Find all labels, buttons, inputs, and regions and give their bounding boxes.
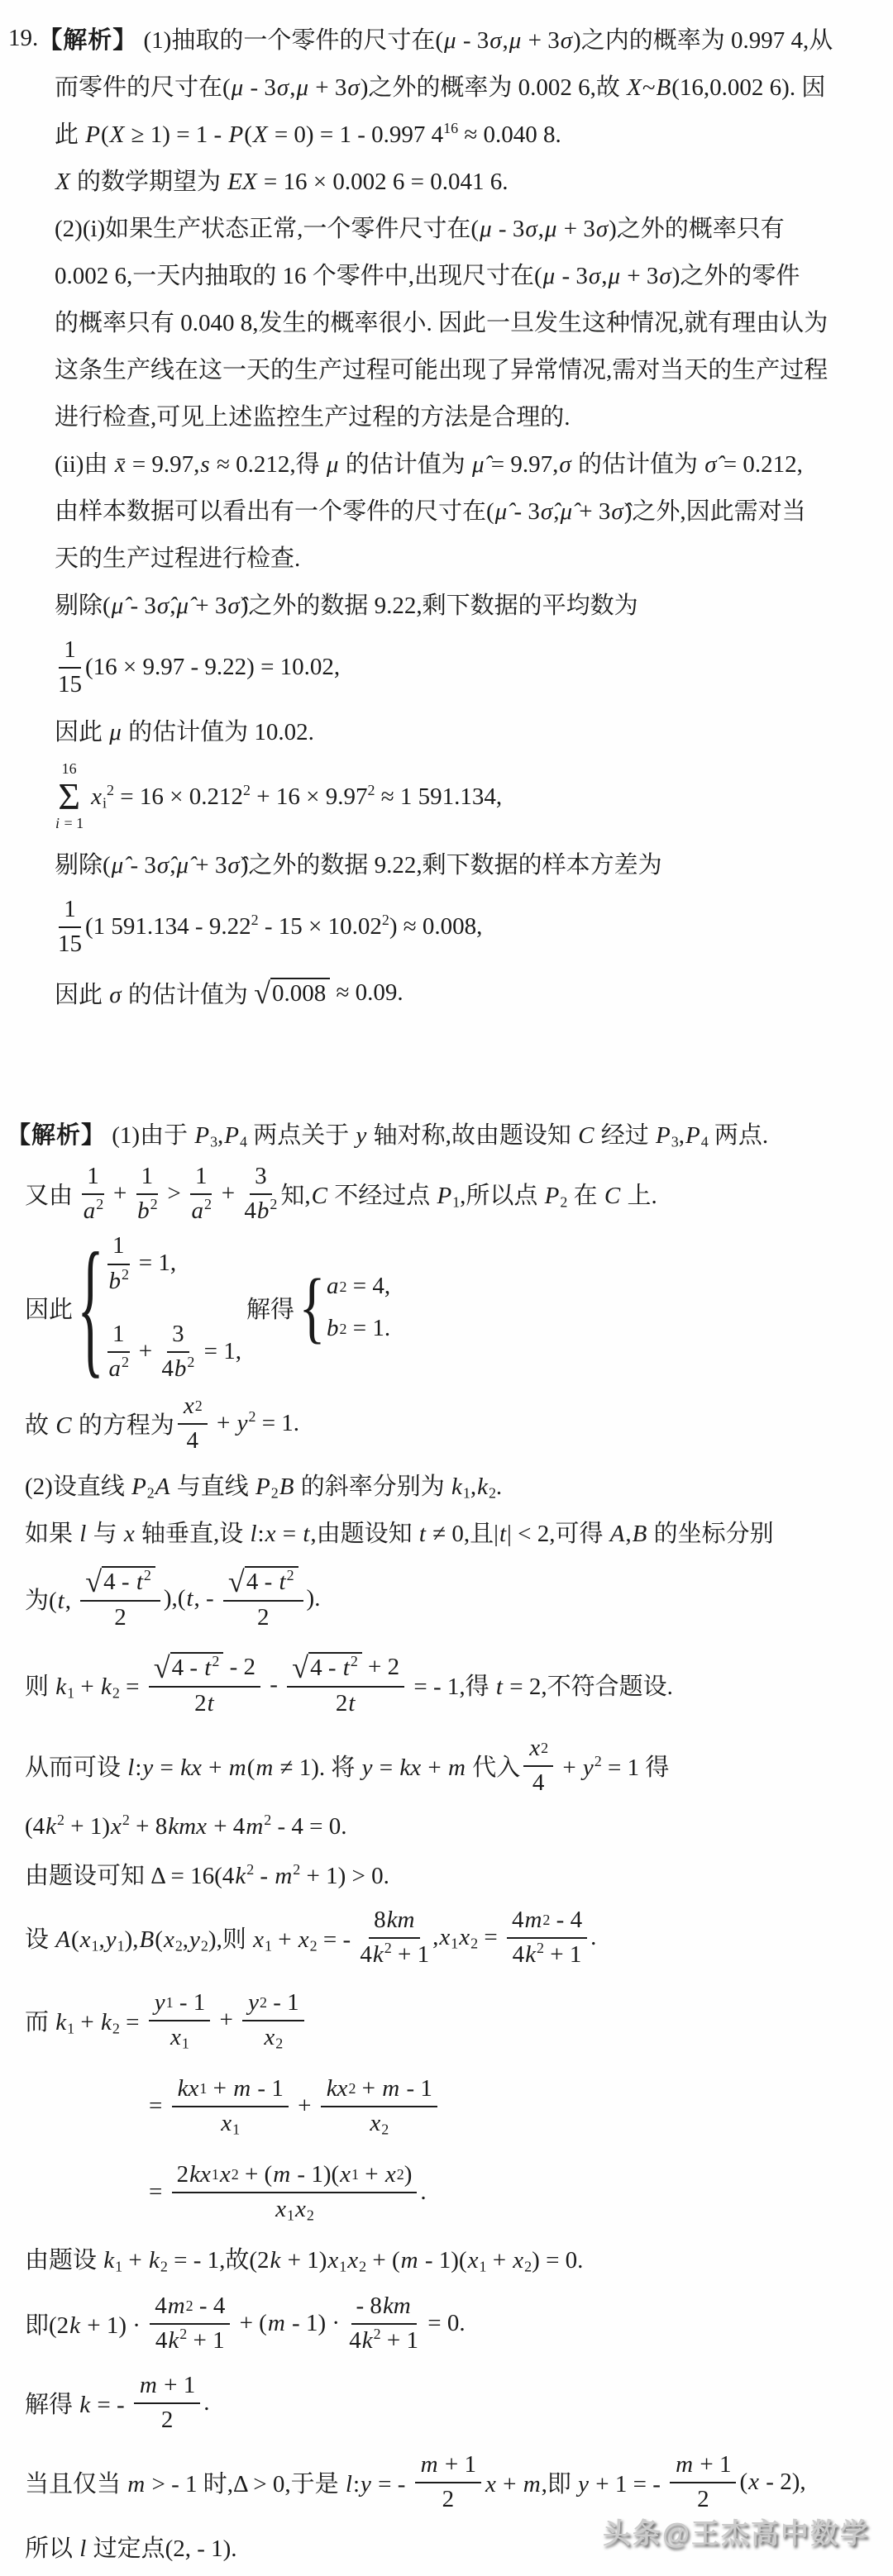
text-run: 解得 k = - [25, 2386, 131, 2420]
fraction: y2 - 1x2 [242, 1988, 304, 2052]
denominator: b2 [136, 1195, 157, 1225]
text-run: 因此 [25, 1291, 73, 1325]
solution-20-block: 【解析】 (1)由于 P3,P4 两点关于 y 轴对称,故由题设知 C 经过 P… [7, 1110, 888, 2570]
p19-line16: 16Σi = 1xi2 = 16 × 0.2122 + 16 × 9.972 ≈… [7, 754, 888, 840]
fraction: 8km4k2 + 1 [360, 1906, 429, 1969]
denominator: a2 [108, 1353, 129, 1383]
fraction: √4 - t22 [80, 1565, 160, 1631]
text-run: + [292, 2093, 318, 2120]
fraction: m + 12 [415, 2450, 481, 2514]
denominator: x2 [369, 2107, 389, 2137]
denominator: x1x2 [275, 2193, 314, 2223]
numerator: y2 - 1 [242, 1988, 304, 2021]
text-run: . [590, 1924, 596, 1951]
text-run: + [215, 1180, 241, 1207]
fraction: 2kx1x2 + (m - 1)(x1 + x2)x1x2 [172, 2160, 418, 2224]
denominator: 2 [697, 2483, 709, 2513]
radical-sign: √ [154, 1653, 170, 1683]
text-run: 的概率只有 0.040 8,发生的概率很小. 因此一旦发生这种情况,就有理由认为 [55, 304, 828, 338]
denominator: 4k2 + 1 [349, 2325, 418, 2355]
p19-line1: 19.【解析】 (1)抽取的一个零件的尺寸在(μ - 3σ,μ + 3σ)之内的… [7, 15, 888, 62]
numerator: 1 [59, 636, 81, 669]
p20-line18: 解得 k = - m + 12. [7, 2364, 888, 2440]
text-run: x + m,即 y + 1 = - [485, 2465, 666, 2499]
text-run: + [107, 1180, 133, 1207]
fraction: kx2 + m - 1x2 [321, 2074, 437, 2138]
p20-line9: 从而可设 l:y = kx + m(m ≠ 1). 将 y = kx + m 代… [7, 1727, 888, 1803]
text-run: 解得 [246, 1291, 294, 1325]
denominator: b2 [108, 1265, 129, 1295]
radical: √4 - t2 [154, 1652, 224, 1682]
cases-rows: a2 = 4,b2 = 1. [326, 1273, 390, 1342]
denominator: 2 [161, 2404, 174, 2434]
text-run: = - 1,得 t = 2,不符合题设. [408, 1668, 673, 1702]
numerator: 1 [107, 1231, 130, 1264]
p20-line15: = 2kx1x2 + (m - 1)(x1 + x2)x1x2. [7, 2149, 888, 2235]
radical-body: 0.008 [270, 978, 330, 1007]
numerator: 3 [250, 1162, 272, 1195]
text-run: (16 × 9.97 - 9.22) = 10.02, [85, 654, 340, 681]
p20-line5: (2)设直线 P2A 与直线 P2B 的斜率分别为 k1,k2. [7, 1461, 888, 1508]
problem-number: 19. [8, 25, 38, 52]
radical: √4 - t2 [292, 1652, 362, 1682]
analysis-label: 【解析】 [38, 21, 137, 55]
text-run: 知,C 不经过点 P1,所以点 P2 在 C 上. [280, 1177, 657, 1211]
text-run: ). [307, 1585, 321, 1612]
case-row: b2 = 1. [326, 1315, 390, 1342]
fraction: 1a2 [107, 1320, 130, 1383]
case-row: a2 = 4, [326, 1273, 390, 1300]
text-run: 天的生产过程进行检查. [55, 540, 300, 574]
equation-system: {1b2 = 1,1a2 + 34b2 = 1, [78, 1231, 241, 1383]
denominator: 4k2 + 1 [360, 1939, 429, 1969]
case-row: 1b2 = 1, [104, 1231, 241, 1295]
p20-line10: (4k2 + 1)x2 + 8kmx + 4m2 - 4 = 0. [7, 1803, 888, 1850]
text-run: 即(2k + 1) · [25, 2307, 146, 2340]
fraction: 4m2 - 44k2 + 1 [150, 2292, 230, 2355]
text-run: 故 C 的方程为 [25, 1407, 174, 1440]
text-run: 则 k1 + k2 = [25, 1668, 146, 1702]
denominator: 2t [336, 1688, 356, 1717]
numerator: √4 - t2 + 2 [287, 1651, 404, 1687]
radical-sign: √ [292, 1653, 308, 1683]
denominator: a2 [190, 1195, 211, 1225]
denominator: x2 [263, 2021, 283, 2051]
sum-lower-limit: i = 1 [55, 816, 84, 832]
text-run: 而零件的尺寸在(μ - 3σ,μ + 3σ)之外的概率为 0.002 6,故 X… [55, 69, 825, 102]
fraction: 34b2 [244, 1162, 277, 1226]
denominator: 4k2 + 1 [155, 2325, 225, 2355]
numerator: 4m2 - 4 [150, 2292, 230, 2325]
denominator: 4 [187, 1425, 199, 1455]
denominator: x1 [170, 2021, 189, 2051]
text-run: 由题设可知 Δ = 16(4k2 - m2 + 1) > 0. [25, 1857, 389, 1891]
text-run: + y2 = 1. [211, 1410, 299, 1437]
p20-line16: 由题设 k1 + k2 = - 1,故(2k + 1)x1x2 + (m - 1… [7, 2235, 888, 2282]
p20-line3: 因此{1b2 = 1,1a2 + 34b2 = 1,解得{a2 = 4,b2 =… [7, 1230, 888, 1385]
fraction: 1a2 [82, 1162, 104, 1226]
fraction: m + 12 [134, 2371, 200, 2435]
numerator: 2kx1x2 + (m - 1)(x1 + x2) [172, 2160, 418, 2193]
text-run: = [149, 2093, 169, 2120]
equation-system: {a2 = 4,b2 = 1. [299, 1273, 390, 1342]
text-run: 由样本数据可以看出有一个零件的尺寸在(μ̂ - 3σ̂,μ̂ + 3σ̂)之外,… [55, 493, 806, 526]
text-run: + 2 [362, 1654, 399, 1681]
text-run: 又由 [25, 1177, 79, 1211]
text-run: (1)由于 P3,P4 两点关于 y 轴对称,故由题设知 C 经过 P3,P4 … [106, 1117, 768, 1150]
p20-line12: 设 A(x1,y1),B(x2,y2),则 x1 + x2 = - 8km4k2… [7, 1897, 888, 1977]
fraction: 115 [58, 895, 82, 959]
p19-line15: 因此 μ 的估计值为 10.02. [7, 707, 888, 754]
p20-line11: 由题设可知 Δ = 16(4k2 - m2 + 1) > 0. [7, 1850, 888, 1897]
text-run: . [420, 2178, 426, 2206]
numerator: - 8km [351, 2292, 417, 2325]
text-run: 进行检查,可见上述监控生产过程的方法是合理的. [55, 398, 571, 432]
text-run: (x - 2), [739, 2469, 805, 2496]
fraction: kx1 + m - 1x1 [172, 2074, 289, 2138]
text-run: 设 A(x1,y1),B(x2,y2),则 x1 + x2 = - [25, 1921, 356, 1955]
text-run: + y2 = 1 得 [556, 1749, 669, 1783]
text-run: 这条生产线在这一天的生产过程可能出现了异常情况,需对当天的生产过程 [55, 351, 828, 385]
numerator: m + 1 [134, 2371, 200, 2404]
analysis-label: 【解析】 [7, 1117, 106, 1150]
text-run: ,x1x2 = [432, 1924, 504, 1951]
text-run: 如果 l 与 x 轴垂直,设 l:x = t,由题设知 t ≠ 0,且|t| <… [25, 1515, 774, 1549]
radical: √4 - t2 [228, 1566, 298, 1596]
numerator: 1 [136, 1162, 159, 1195]
p19-line8: 这条生产线在这一天的生产过程可能出现了异常情况,需对当天的生产过程 [7, 345, 888, 392]
sigma-icon: Σ [58, 778, 80, 816]
p20-line13: 而 k1 + k2 = y1 - 1x1 + y2 - 1x2 [7, 1977, 888, 2063]
numerator: y1 - 1 [149, 1988, 211, 2021]
radical-sign: √ [254, 978, 270, 1008]
fraction: 1a2 [190, 1162, 213, 1226]
p19-line12: 天的生产过程进行检查. [7, 533, 888, 580]
denominator: 4 [532, 1767, 545, 1797]
numerator: kx2 + m - 1 [321, 2074, 437, 2107]
fraction: 4m2 - 44k2 + 1 [507, 1906, 587, 1969]
text-run: 因此 σ 的估计值为 [55, 976, 254, 1010]
radical-body: 4 - t2 [308, 1652, 362, 1682]
numerator: √4 - t2 [223, 1565, 303, 1601]
text-run: 此 P(X ≥ 1) = 1 - P(X = 0) = 1 - 0.997 41… [55, 116, 561, 150]
p20-line4: 故 C 的方程为x24 + y2 = 1. [7, 1385, 888, 1461]
case-row: 1a2 + 34b2 = 1, [104, 1320, 241, 1383]
numerator: x2 [178, 1392, 208, 1425]
text-run: (1)抽取的一个零件的尺寸在(μ - 3σ,μ + 3σ)之内的概率为 0.99… [137, 21, 833, 55]
p19-line7: 的概率只有 0.040 8,发生的概率很小. 因此一旦发生这种情况,就有理由认为 [7, 298, 888, 345]
denominator: 15 [58, 928, 82, 958]
denominator: 4k2 + 1 [513, 1939, 582, 1969]
text-run: > [161, 1180, 187, 1207]
p19-line2: 而零件的尺寸在(μ - 3σ,μ + 3σ)之外的概率为 0.002 6,故 X… [7, 62, 888, 109]
denominator: 15 [58, 669, 82, 698]
numerator: 1 [82, 1162, 104, 1195]
text-run: + [213, 2007, 239, 2034]
denominator: 2t [194, 1688, 215, 1717]
numerator: 1 [190, 1162, 213, 1195]
p20-line1: 【解析】 (1)由于 P3,P4 两点关于 y 轴对称,故由题设知 C 经过 P… [7, 1110, 888, 1157]
text-run: = 1, [133, 1250, 177, 1277]
fraction: - 8km4k2 + 1 [349, 2292, 418, 2355]
denominator: x1 [220, 2107, 240, 2137]
denominator: 4b2 [244, 1195, 277, 1225]
fraction: x24 [178, 1392, 208, 1455]
denominator: 2 [257, 1602, 270, 1631]
p19-line11: 由样本数据可以看出有一个零件的尺寸在(μ̂ - 3σ̂,μ̂ + 3σ̂)之外,… [7, 486, 888, 533]
p19-line10: (ii)由 x̄ = 9.97,s ≈ 0.212,得 μ 的估计值为 μ̂ =… [7, 439, 888, 486]
fraction: √4 - t2 - 22t [149, 1651, 260, 1717]
p20-line7: 为(t, √4 - t22),(t, - √4 - t22). [7, 1555, 888, 1641]
numerator: x2 [523, 1734, 553, 1767]
text-run: 剔除(μ̂ - 3σ̂,μ̂ + 3σ̂)之外的数据 9.22,剩下数据的平均数… [55, 587, 638, 621]
p20-line17: 即(2k + 1) · 4m2 - 44k2 + 1 + (m - 1) · -… [7, 2282, 888, 2364]
fraction: 1b2 [136, 1162, 159, 1226]
p19-line6: 0.002 6,一天内抽取的 16 个零件中,出现尺寸在(μ - 3σ,μ + … [7, 250, 888, 298]
numerator: 8km [369, 1906, 420, 1939]
text-run: ≈ 0.09. [330, 979, 403, 1007]
fraction: y1 - 1x1 [149, 1988, 211, 2052]
radical: √0.008 [254, 978, 330, 1007]
p19-line14: 115(16 × 9.97 - 9.22) = 10.02, [7, 627, 888, 707]
p19-line3: 此 P(X ≥ 1) = 1 - P(X = 0) = 1 - 0.997 41… [7, 109, 888, 156]
p20-line2: 又由 1a2 + 1b2 > 1a2 + 34b2知,C 不经过点 P1,所以点… [7, 1157, 888, 1230]
numerator: m + 1 [670, 2450, 736, 2483]
numerator: m + 1 [415, 2450, 481, 2483]
text-run: 当且仅当 m > - 1 时,Δ > 0,于是 l:y = - [25, 2465, 412, 2499]
text-run: 0.002 6,一天内抽取的 16 个零件中,出现尺寸在(μ - 3σ,μ + … [55, 257, 800, 291]
text-run: . [203, 2389, 209, 2416]
radical-body: 4 - t2 [245, 1566, 298, 1596]
p20-line8: 则 k1 + k2 = √4 - t2 - 22t - √4 - t2 + 22… [7, 1641, 888, 1727]
numerator: 1 [107, 1320, 130, 1353]
text-run: 由题设 k1 + k2 = - 1,故(2k + 1)x1x2 + (m - 1… [25, 2241, 583, 2275]
denominator: 4b2 [161, 1353, 194, 1383]
document-page: 19.【解析】 (1)抽取的一个零件的尺寸在(μ - 3σ,μ + 3σ)之内的… [0, 0, 893, 2570]
text-run: 从而可设 l:y = kx + m(m ≠ 1). 将 y = kx + m 代… [25, 1749, 520, 1783]
numerator: √4 - t2 - 2 [149, 1651, 260, 1687]
numerator: 3 [167, 1320, 189, 1353]
numerator: 4m2 - 4 [507, 1906, 587, 1939]
solution-19-block: 19.【解析】 (1)抽取的一个零件的尺寸在(μ - 3σ,μ + 3σ)之内的… [7, 15, 888, 1019]
fraction: √4 - t2 + 22t [287, 1651, 404, 1717]
radical-body: 4 - t2 [102, 1566, 155, 1596]
fraction: x24 [523, 1734, 553, 1797]
p19-line19: 因此 σ 的估计值为 √0.008 ≈ 0.09. [7, 966, 888, 1019]
text-run: xi2 = 16 × 0.2122 + 16 × 9.972 ≈ 1 591.1… [90, 783, 502, 811]
text-run: = 1, [198, 1338, 241, 1365]
p19-line17: 剔除(μ̂ - 3σ̂,μ̂ + 3σ̂)之外的数据 9.22,剩下数据的样本方… [7, 840, 888, 887]
p19-line18: 115(1 591.134 - 9.222 - 15 × 10.022) ≈ 0… [7, 887, 888, 966]
p20-line6: 如果 l 与 x 轴垂直,设 l:x = t,由题设知 t ≠ 0,且|t| <… [7, 1508, 888, 1555]
text-run: ),(t, - [164, 1585, 220, 1612]
text-run: (2)(i)如果生产状态正常,一个零件尺寸在(μ - 3σ,μ + 3σ)之外的… [55, 210, 785, 244]
text-run: + [133, 1338, 159, 1365]
fraction: √4 - t22 [223, 1565, 303, 1631]
fraction: 115 [58, 636, 82, 699]
p19-line4: X 的数学期望为 EX = 16 × 0.002 6 = 0.041 6. [7, 156, 888, 203]
cases-rows: 1b2 = 1,1a2 + 34b2 = 1, [104, 1231, 241, 1383]
left-brace: { [298, 1268, 321, 1347]
numerator: kx1 + m - 1 [172, 2074, 289, 2107]
numerator: 1 [59, 895, 81, 928]
fraction: 34b2 [161, 1320, 194, 1383]
p19-line13: 剔除(μ̂ - 3σ̂,μ̂ + 3σ̂)之外的数据 9.22,剩下数据的平均数… [7, 580, 888, 627]
text-run: = 0. [422, 2310, 466, 2337]
text-run: X 的数学期望为 EX = 16 × 0.002 6 = 0.041 6. [55, 163, 509, 197]
watermark-text: 头条@王杰高中数学 [603, 2511, 870, 2551]
fraction: m + 12 [670, 2450, 736, 2514]
left-brace: { [77, 1231, 99, 1384]
text-run: (2)设直线 P2A 与直线 P2B 的斜率分别为 k1,k2. [25, 1468, 502, 1502]
fraction: 1b2 [107, 1231, 130, 1295]
denominator: 2 [442, 2483, 455, 2513]
text-run: 为(t, [25, 1582, 77, 1616]
radical: √4 - t2 [85, 1566, 155, 1596]
text-run: (ii)由 x̄ = 9.97,s ≈ 0.212,得 μ 的估计值为 μ̂ =… [55, 445, 803, 479]
text-run: 剔除(μ̂ - 3σ̂,μ̂ + 3σ̂)之外的数据 9.22,剩下数据的样本方… [55, 846, 662, 880]
text-run: - [264, 1671, 284, 1698]
summation: 16Σi = 1 [55, 761, 84, 832]
text-run: = [149, 2178, 169, 2206]
p19-line9: 进行检查,可见上述监控生产过程的方法是合理的. [7, 392, 888, 439]
text-run: (4k2 + 1)x2 + 8kmx + 4m2 - 4 = 0. [25, 1813, 347, 1840]
denominator: 2 [114, 1602, 127, 1631]
p20-line14: = kx1 + m - 1x1 + kx2 + m - 1x2 [7, 2063, 888, 2149]
radical-sign: √ [85, 1567, 102, 1597]
text-run: 所以 l 过定点(2, - 1). [25, 2530, 237, 2564]
text-run: 因此 μ 的估计值为 10.02. [55, 713, 314, 747]
radical-body: 4 - t2 [170, 1652, 224, 1682]
numerator: √4 - t2 [80, 1565, 160, 1601]
p19-line5: (2)(i)如果生产状态正常,一个零件尺寸在(μ - 3σ,μ + 3σ)之外的… [7, 203, 888, 250]
text-run: - 2 [223, 1654, 255, 1681]
text-run: (1 591.134 - 9.222 - 15 × 10.022) ≈ 0.00… [85, 913, 482, 940]
text-run: 而 k1 + k2 = [25, 2003, 146, 2037]
radical-sign: √ [228, 1567, 245, 1597]
text-run: + (m - 1) · [233, 2310, 346, 2337]
